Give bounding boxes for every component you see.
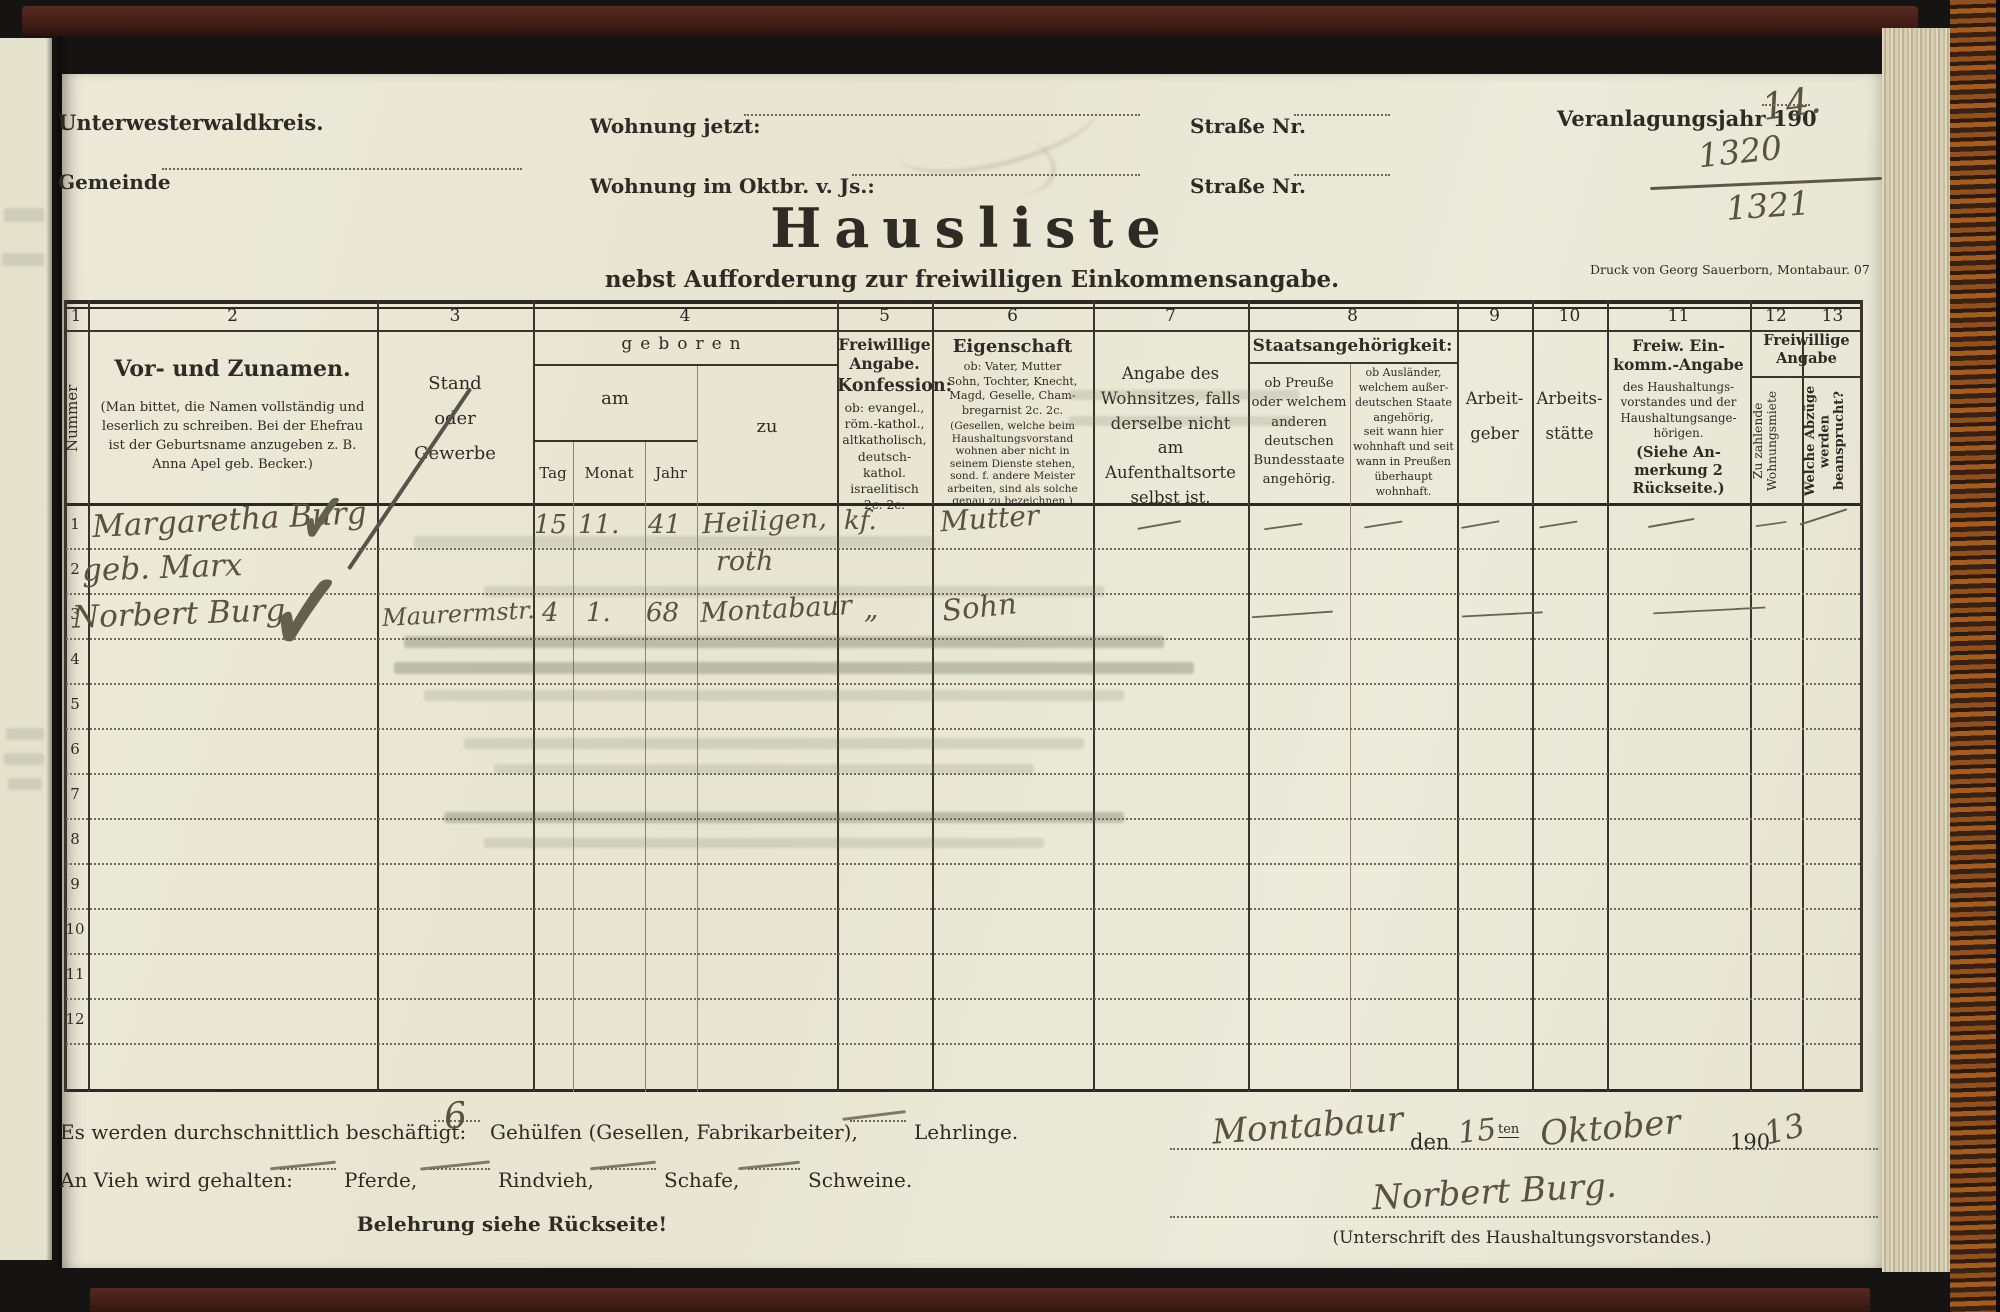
lehrlinge-label: Lehrlinge. xyxy=(914,1120,1018,1144)
column-divider xyxy=(1607,300,1609,1092)
monat-handwritten: Oktober xyxy=(1539,1102,1683,1154)
header-vor-und-zunamen: Vor- und Zunamen. xyxy=(88,356,377,382)
row-line xyxy=(66,863,1860,865)
hausliste-form-page: Unterwesterwaldkreis. Gemeinde Wohnung j… xyxy=(62,74,1882,1268)
row-number: 5 xyxy=(64,695,86,713)
pferde-label: Pferde, xyxy=(344,1168,417,1192)
header-am: am xyxy=(533,388,697,409)
strasse-nr-blank-2 xyxy=(1294,174,1390,176)
column-divider xyxy=(88,300,90,1092)
header-wohnungsmiete: Zu zahlende Wohnungsmiete xyxy=(1752,380,1802,502)
strasse-nr-blank-1 xyxy=(1294,114,1390,116)
print-bleedthrough xyxy=(484,838,1044,848)
entry-konfession: kf. xyxy=(844,506,877,536)
entry-geboren-monat: 1. xyxy=(586,598,611,628)
header-nummer: Nummer xyxy=(64,336,88,501)
header-freiwillige-angabe-title: Freiwillige Angabe xyxy=(1750,332,1863,368)
entry-eigenschaft: Mutter xyxy=(939,499,1040,539)
row-number: 9 xyxy=(64,875,86,893)
print-bleedthrough xyxy=(464,738,1084,749)
table-line xyxy=(1248,362,1457,364)
entry-konfession-ditto: „ xyxy=(864,592,879,625)
header-staatsangehoerigkeit-title: Staatsangehörigkeit: xyxy=(1248,336,1457,356)
header-wohnsitz: Angabe des Wohnsitzes, falls derselbe ni… xyxy=(1097,362,1244,511)
column-number-1: 1 xyxy=(64,306,88,325)
hausnummer-oben-handwritten: 1320 xyxy=(1696,128,1784,176)
form-title: Hausliste xyxy=(62,196,1882,260)
column-number-9: 9 xyxy=(1457,306,1532,326)
entry-dash: — xyxy=(1456,503,1503,543)
header-einkommen-title: Freiw. Ein- komm.-Angabe xyxy=(1607,336,1750,375)
row-line xyxy=(66,953,1860,955)
ort-handwritten: Montabaur xyxy=(1211,1099,1405,1152)
book-cover-edge xyxy=(1996,0,2000,1312)
book-cover-bottom-edge xyxy=(90,1288,1870,1312)
header-staat-auslaender: ob Ausländer, welchem außer- deutschen S… xyxy=(1352,366,1455,500)
header-eigenschaft-title: Eigenschaft xyxy=(932,336,1093,357)
gemeinde-blank xyxy=(162,168,522,170)
book-cover-top-edge xyxy=(22,6,1918,36)
vieh-prefix: An Vieh wird gehalten: xyxy=(60,1168,293,1192)
header-konfession-title2: Konfession: xyxy=(837,376,932,396)
row-line xyxy=(66,908,1860,910)
entry-dash: — xyxy=(1360,503,1407,542)
entry-geburtsort: roth xyxy=(716,546,773,577)
header-zu: zu xyxy=(697,416,837,437)
entry-geburtsort: Heiligen, xyxy=(701,503,827,540)
jahr-handwritten: 13 xyxy=(1760,1106,1809,1153)
column-number-4: 4 xyxy=(533,306,837,326)
header-eigenschaft-note1: ob: Vater, Mutter Sohn, Tochter, Knecht,… xyxy=(932,360,1093,419)
header-eigenschaft-note2: (Gesellen, welche beim Haushaltungsvorst… xyxy=(932,420,1093,508)
book-scan: Unterwesterwaldkreis. Gemeinde Wohnung j… xyxy=(0,0,2000,1312)
header-einkommen-note2: (Siehe An- merkung 2 Rückseite.) xyxy=(1607,444,1750,498)
row-line xyxy=(66,818,1860,820)
column-number-11: 11 xyxy=(1607,306,1750,326)
row-line xyxy=(66,728,1860,730)
table-line xyxy=(64,1089,1863,1092)
belehrung-note: Belehrung siehe Rückseite! xyxy=(262,1212,762,1236)
entry-dash: — xyxy=(1260,505,1306,544)
column-number-3: 3 xyxy=(377,306,533,326)
sub-column-divider xyxy=(1350,362,1351,1092)
table-line xyxy=(533,440,697,442)
entry-dash: ———— xyxy=(1651,589,1763,628)
row-line xyxy=(66,683,1860,685)
page-stack-edges xyxy=(1882,28,1952,1272)
entry-dash: ——— xyxy=(1249,593,1330,631)
column-number-13: 13 xyxy=(1802,306,1863,326)
gemeinde-label: Gemeinde xyxy=(58,170,171,194)
signature-caption: (Unterschrift des Haushaltungsvorstandes… xyxy=(1242,1228,1802,1248)
signature-handwritten: Norbert Burg. xyxy=(1371,1166,1618,1219)
entry-stand-gewerbe: Maurermstr. xyxy=(381,596,535,632)
previous-page-edge xyxy=(0,38,52,1260)
hausliste-table: 1 2 3 4 5 6 7 8 9 10 11 12 13 Nummer Vor… xyxy=(64,300,1863,1092)
header-arbeitsstaette: Arbeits- stätte xyxy=(1532,382,1607,451)
entry-eigenschaft: Sohn xyxy=(940,586,1018,628)
pencil-stroke xyxy=(842,1110,906,1120)
row-number: 10 xyxy=(64,920,86,938)
signature-line xyxy=(1170,1216,1878,1218)
table-line xyxy=(533,364,837,366)
wohnung-jetzt-label: Wohnung jetzt: xyxy=(590,114,760,138)
print-bleedthrough xyxy=(424,690,1124,701)
column-number-10: 10 xyxy=(1532,306,1607,326)
entry-geburtsort: Montabaur xyxy=(699,590,852,629)
schafe-label: Schafe, xyxy=(664,1168,739,1192)
pferde-blank xyxy=(280,1168,336,1170)
column-number-8: 8 xyxy=(1248,306,1457,326)
gehuelfen-value-handwritten: 6 xyxy=(442,1095,469,1138)
column-number-12: 12 xyxy=(1750,306,1802,326)
checkmark: ✓ xyxy=(263,541,349,684)
entry-geboren-tag: 4 xyxy=(542,598,559,628)
column-number-2: 2 xyxy=(88,306,377,326)
header-stand-gewerbe: Stand oder Gewerbe xyxy=(377,366,533,471)
entry-geboren-jahr: 68 xyxy=(646,598,679,628)
schafe-blank xyxy=(600,1168,656,1170)
print-bleedthrough xyxy=(394,662,1194,674)
header-einkommen-note: des Haushaltungs- vorstandes und der Hau… xyxy=(1611,380,1746,441)
book-cover-marbled xyxy=(1950,0,1996,1312)
gehuelfen-label: Gehülfen (Gesellen, Fabrikarbeiter), xyxy=(490,1120,858,1144)
column-number-5: 5 xyxy=(837,306,932,326)
table-line xyxy=(64,300,1863,304)
schweine-blank xyxy=(748,1168,800,1170)
entry-geboren-monat: 11. xyxy=(578,510,619,540)
schweine-label: Schweine. xyxy=(808,1168,912,1192)
ten-printed: ten xyxy=(1498,1122,1519,1138)
entry-dash: — xyxy=(1643,500,1699,543)
header-namen-note: (Man bittet, die Namen vollständig und l… xyxy=(94,398,371,475)
header-monat: Monat xyxy=(573,464,645,482)
header-geboren: geboren xyxy=(533,334,837,354)
header-jahr: Jahr xyxy=(645,464,697,482)
row-number: 7 xyxy=(64,785,86,803)
header-abzuege: Welche Abzüge werden beansprucht? xyxy=(1804,380,1862,502)
column-number-6: 6 xyxy=(932,306,1093,326)
beschaeftigt-prefix: Es werden durchschnittlich beschäftigt: xyxy=(60,1120,466,1144)
table-line xyxy=(1750,376,1863,378)
header-tag: Tag xyxy=(533,464,573,482)
header-arbeitgeber: Arbeit- geber xyxy=(1457,382,1532,451)
entry-geboren-jahr: 41 xyxy=(648,510,681,540)
row-number: 4 xyxy=(64,650,86,668)
row-line xyxy=(66,1043,1860,1045)
strasse-nr-label-2: Straße Nr. xyxy=(1190,174,1306,198)
entry-name: Norbert Burg xyxy=(71,592,285,635)
row-number: 12 xyxy=(64,1010,86,1028)
entry-geboren-tag: 15 xyxy=(534,510,567,540)
print-bleedthrough xyxy=(1069,390,1299,400)
row-number: 6 xyxy=(64,740,86,758)
print-bleedthrough xyxy=(1069,416,1294,426)
row-line xyxy=(66,773,1860,775)
entry-dash: — xyxy=(1132,502,1185,545)
header-konfession-note: ob: evangel., röm.-kathol., altkatholisc… xyxy=(837,400,932,514)
row-number: 11 xyxy=(64,965,86,983)
row-number: 8 xyxy=(64,830,86,848)
rindvieh-blank xyxy=(430,1168,490,1170)
den-printed: den xyxy=(1410,1130,1449,1154)
kreis-label: Unterwesterwaldkreis. xyxy=(58,110,324,135)
printer-imprint: Druck von Georg Sauerborn, Montabaur. 07 xyxy=(1590,262,1870,277)
rindvieh-label: Rindvieh, xyxy=(498,1168,594,1192)
entry-name: geb. Marx xyxy=(81,547,242,589)
header-konfession-title1: Freiwillige Angabe. xyxy=(837,336,932,373)
row-line xyxy=(66,998,1860,1000)
entry-dash: — xyxy=(1535,503,1582,542)
lehrlinge-blank xyxy=(850,1120,906,1122)
column-number-7: 7 xyxy=(1093,306,1248,326)
entry-dash: — xyxy=(1752,506,1790,540)
row-number: 1 xyxy=(64,515,86,533)
table-line xyxy=(64,330,1863,332)
entry-dash: ——— xyxy=(1460,594,1541,631)
strasse-nr-label-1: Straße Nr. xyxy=(1190,114,1306,138)
tag-handwritten: 15 xyxy=(1456,1112,1498,1151)
wohnung-oktbr-label: Wohnung im Oktbr. v. Js.: xyxy=(590,174,875,198)
veranlagungsjahr-blank xyxy=(1762,104,1810,106)
